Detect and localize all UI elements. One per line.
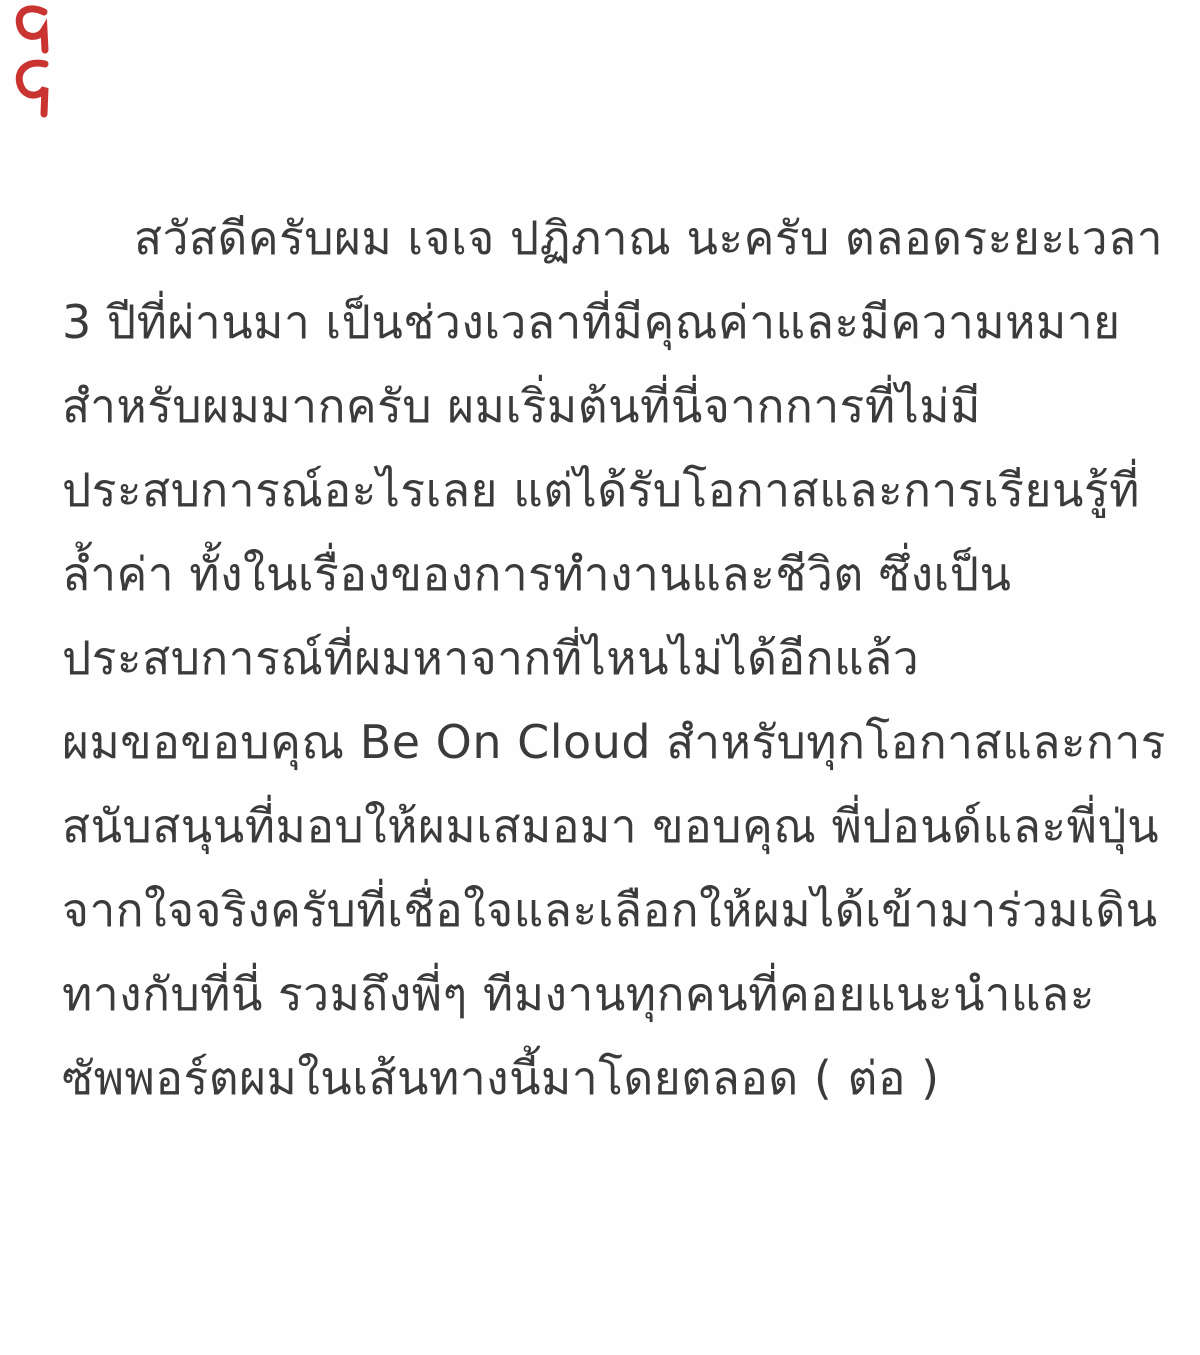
statement-line: จากใจจริงครับที่เชื่อใจและเลือกให้ผมได้เ…	[62, 868, 1146, 952]
red-handwriting-mark	[14, 2, 50, 122]
statement-page: สวัสดีครับผม เจเจ ปฏิภาณ นะครับ ตลอดระยะ…	[0, 0, 1200, 1355]
statement-line: ผมขอขอบคุณ Be On Cloud สำหรับทุกโอกาสและ…	[62, 700, 1146, 784]
statement-line: ทางกับที่นี่ รวมถึงพี่ๆ ทีมงานทุกคนที่คอ…	[62, 952, 1146, 1036]
statement-line: สำหรับผมมากครับ ผมเริ่มต้นที่นี่จากการที…	[62, 364, 1146, 448]
statement-line: ประสบการณ์อะไรเลย แต่ได้รับโอกาสและการเร…	[62, 448, 1146, 532]
statement-text: สวัสดีครับผม เจเจ ปฏิภาณ นะครับ ตลอดระยะ…	[62, 196, 1146, 1120]
statement-line: ซัพพอร์ตผมในเส้นทางนี้มาโดยตลอด ( ต่อ )	[62, 1036, 1146, 1120]
statement-line: สนับสนุนที่มอบให้ผมเสมอมา ขอบคุณ พี่ปอนด…	[62, 784, 1146, 868]
statement-line: ประสบการณ์ที่ผมหาจากที่ไหนไม่ได้อีกแล้ว	[62, 616, 1146, 700]
statement-line: ล้ำค่า ทั้งในเรื่องของการทำงานและชีวิต ซ…	[62, 532, 1146, 616]
statement-line: 3 ปีที่ผ่านมา เป็นช่วงเวลาที่มีคุณค่าและ…	[62, 280, 1146, 364]
statement-line: สวัสดีครับผม เจเจ ปฏิภาณ นะครับ ตลอดระยะ…	[62, 196, 1146, 280]
